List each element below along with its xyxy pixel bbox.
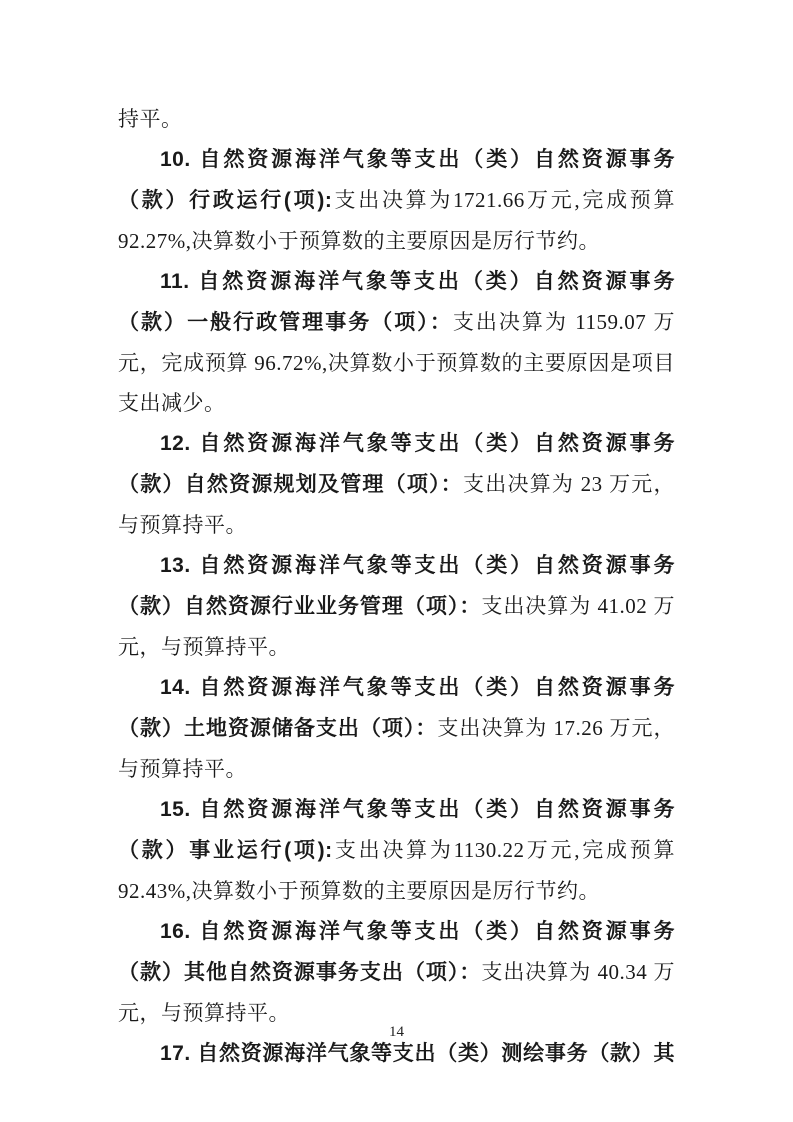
paragraph-item-13: 13. 自然资源海洋气象等支出（类）自然资源事务（款）自然资源行业业务管理（项）… [118, 545, 675, 667]
paragraph-item-16: 16. 自然资源海洋气象等支出（类）自然资源事务（款）其他自然资源事务支出（项）… [118, 911, 675, 1033]
document-body: 持平。 10. 自然资源海洋气象等支出（类）自然资源事务（款）行政运行(项):支… [118, 99, 675, 1074]
paragraph-item-11: 11. 自然资源海洋气象等支出（类）自然资源事务（款）一般行政管理事务（项）：支… [118, 261, 675, 423]
paragraph-continuation: 持平。 [118, 99, 675, 139]
page-number: 14 [0, 1024, 793, 1041]
document-page: 持平。 10. 自然资源海洋气象等支出（类）自然资源事务（款）行政运行(项):支… [0, 0, 793, 1122]
paragraph-item-14: 14. 自然资源海洋气象等支出（类）自然资源事务（款）土地资源储备支出（项）：支… [118, 667, 675, 789]
text-run: 持平。 [118, 107, 183, 131]
paragraph-item-12: 12. 自然资源海洋气象等支出（类）自然资源事务（款）自然资源规划及管理（项）：… [118, 423, 675, 545]
paragraph-item-10: 10. 自然资源海洋气象等支出（类）自然资源事务（款）行政运行(项):支出决算为… [118, 139, 675, 261]
bold-text-run: 17. 自然资源海洋气象等支出（类）测绘事务（款）其 [160, 1042, 675, 1065]
paragraph-item-15: 15. 自然资源海洋气象等支出（类）自然资源事务（款）事业运行(项):支出决算为… [118, 789, 675, 911]
